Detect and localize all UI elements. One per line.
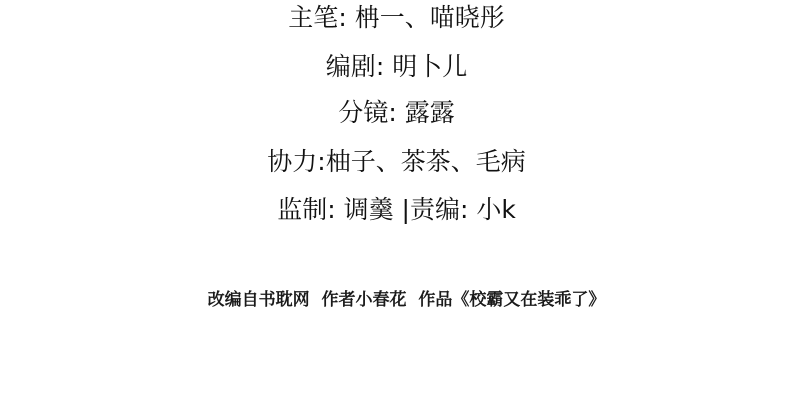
credit-role: 分镜 xyxy=(338,98,388,127)
credit-names: 柟一、喵晓彤 xyxy=(355,3,505,32)
credit-role: 协力 xyxy=(267,147,317,176)
credit-names: 露露 xyxy=(405,98,455,127)
credit-separator: : xyxy=(376,52,392,81)
credit-role: 编剧 xyxy=(326,52,376,81)
credit-names: 调羹 |责编: 小k xyxy=(344,195,516,224)
credit-assistants: 协力:柚子、茶茶、毛病 xyxy=(0,147,793,177)
credit-role: 主笔 xyxy=(288,3,338,32)
credit-separator: : xyxy=(327,195,343,224)
credit-separator: : xyxy=(388,98,404,127)
credit-names: 明卜儿 xyxy=(392,52,467,81)
credit-screenwriter: 编剧: 明卜儿 xyxy=(0,52,793,82)
credit-storyboard: 分镜: 露露 xyxy=(0,98,793,128)
credit-separator: : xyxy=(338,3,354,32)
credit-separator: : xyxy=(317,147,325,176)
credit-names: 柚子、茶茶、毛病 xyxy=(326,147,526,176)
credit-lead-artist: 主笔: 柟一、喵晓彤 xyxy=(0,3,793,33)
adaptation-source-note: 改编自书耽网 作者小春花 作品《校霸又在装乖了》 xyxy=(0,289,793,311)
credit-role: 监制 xyxy=(277,195,327,224)
credit-producer-editor: 监制: 调羹 |责编: 小k xyxy=(0,195,793,225)
